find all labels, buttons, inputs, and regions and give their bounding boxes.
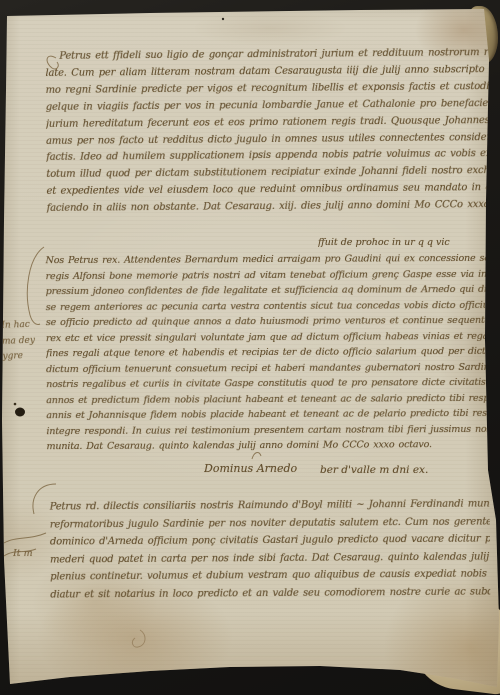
- ink-blot: [15, 408, 25, 417]
- ink-speck: [222, 18, 224, 20]
- pen-flourish-marks: [0, 0, 500, 695]
- manuscript-page: Petrus ett ffideli suo ligio de gonçar a…: [0, 0, 500, 695]
- manuscript-photo: Petrus ett ffideli suo ligio de gonçar a…: [0, 0, 500, 695]
